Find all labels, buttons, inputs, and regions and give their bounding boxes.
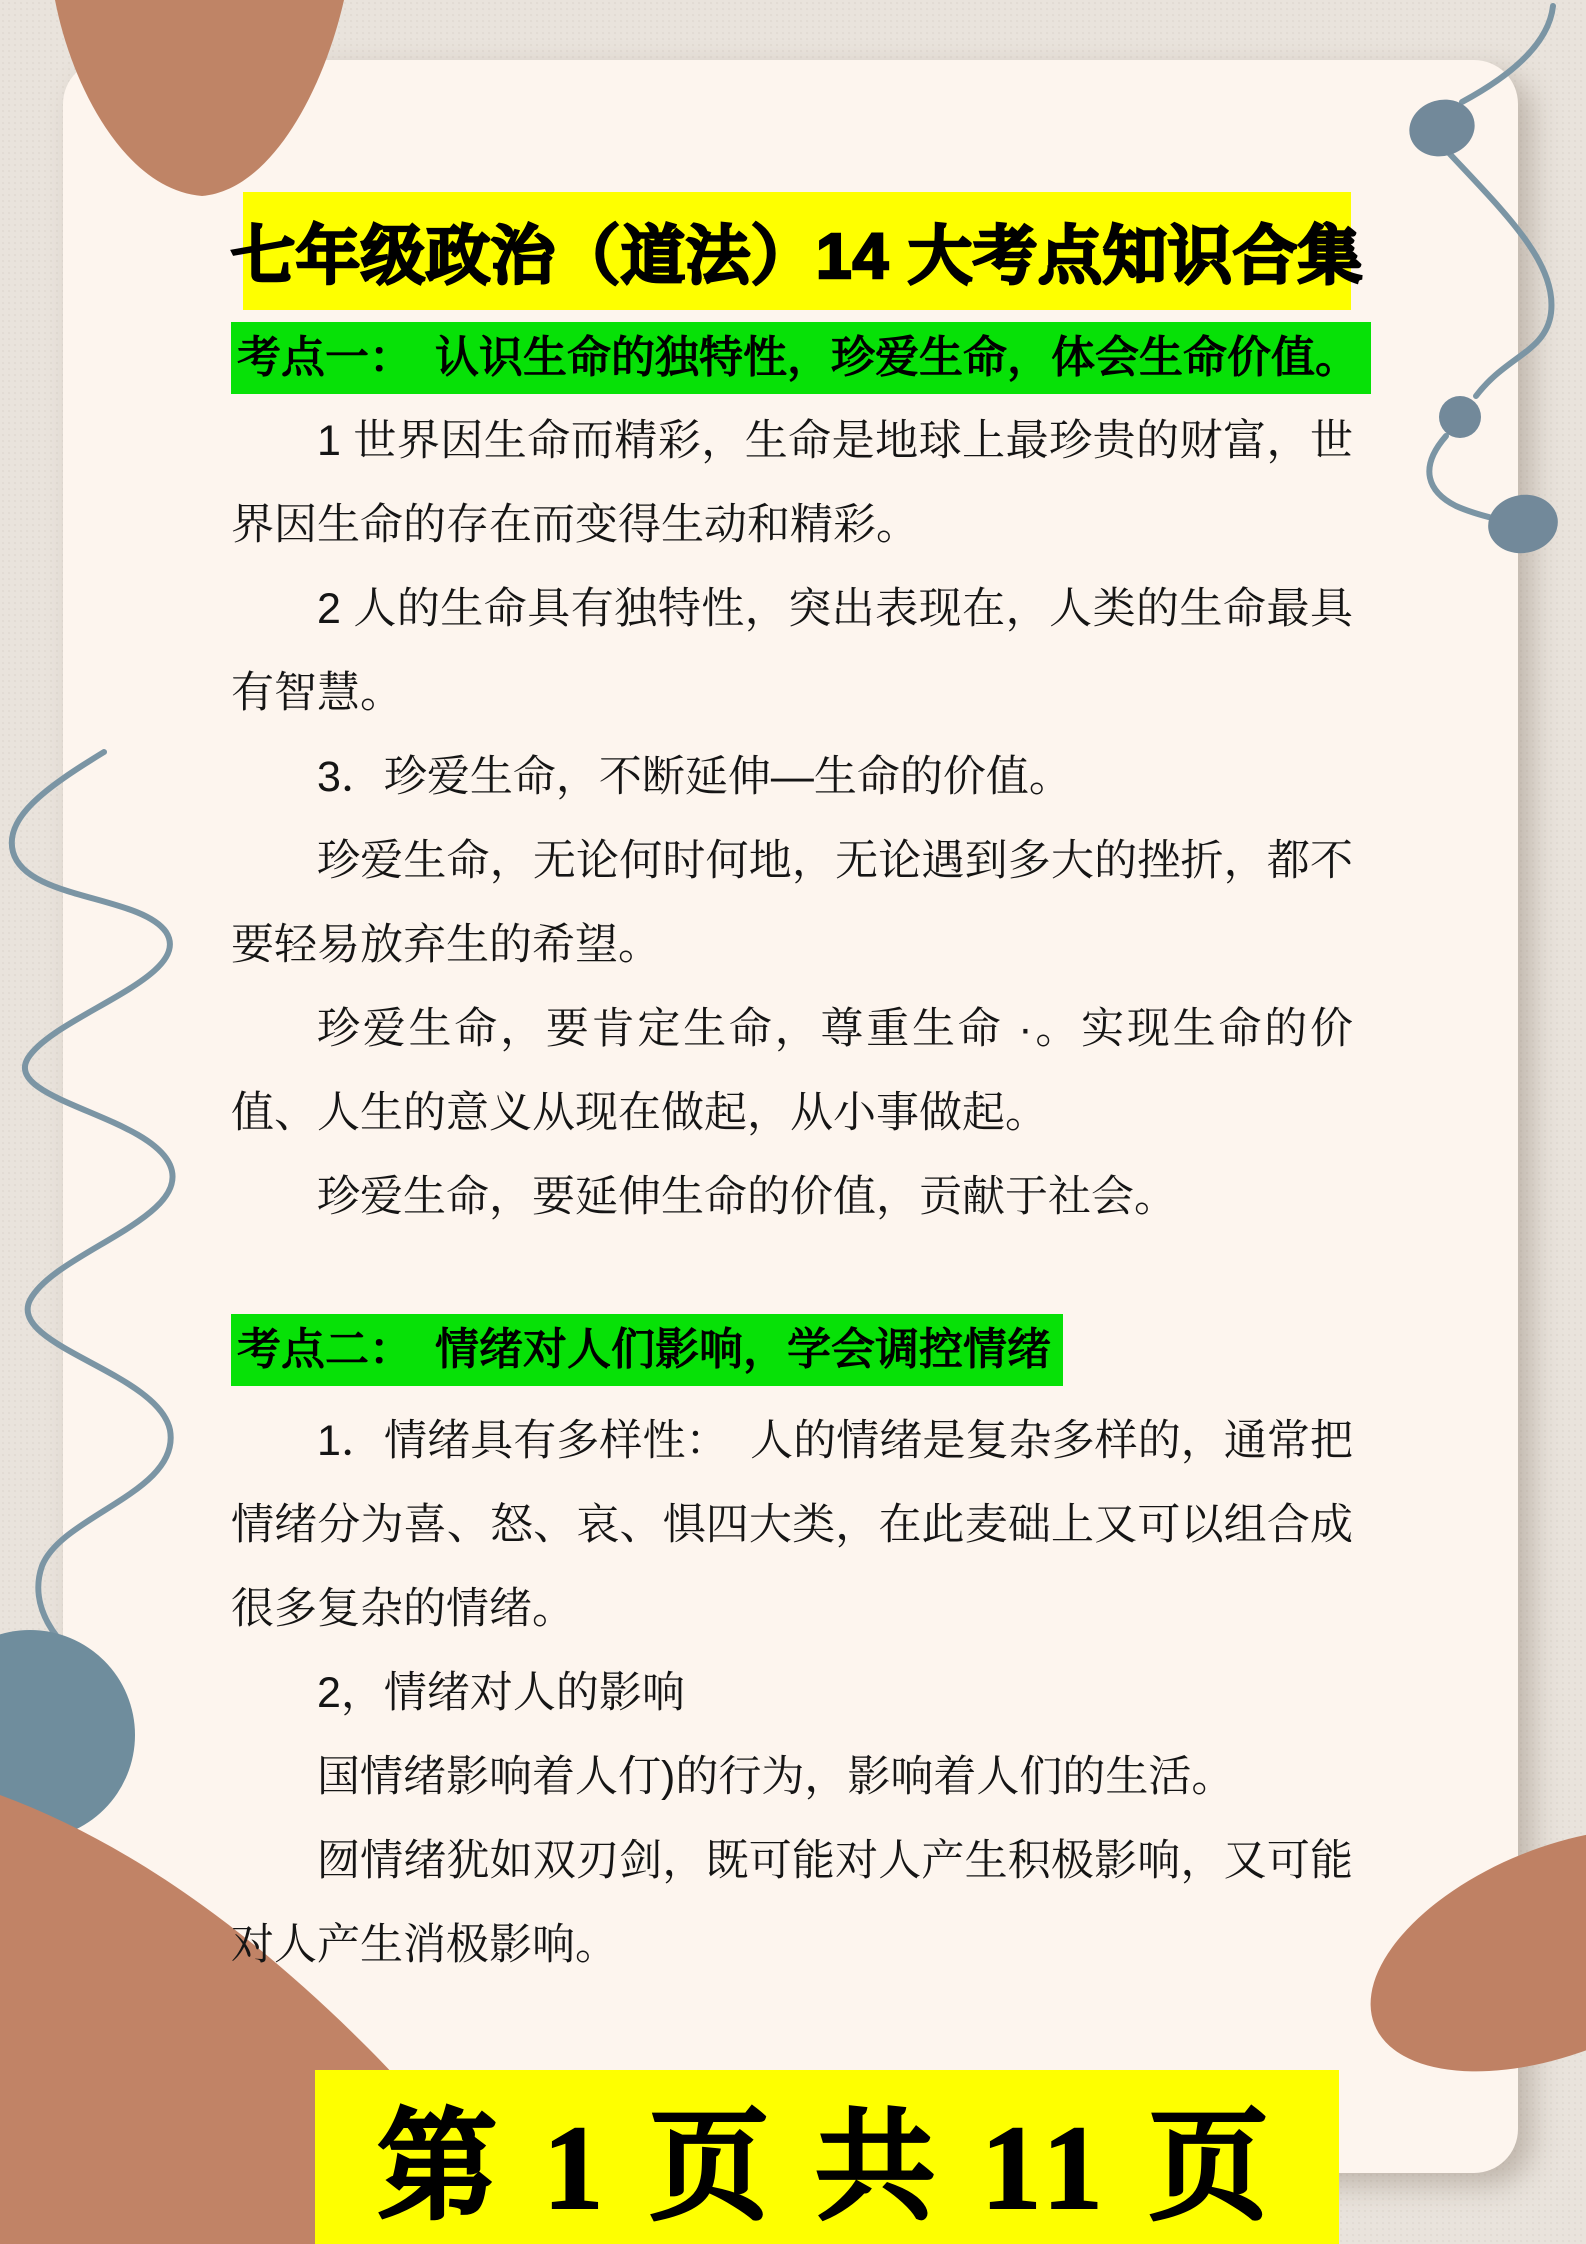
paragraph: 囫情绪犹如双刃剑，既可能对人产生积极影响，又可能对人产生消极影响。 (231, 1819, 1353, 1987)
paragraph: 2 人的生命具有独特性，突出表现在，人类的生命最具有智慧。 (231, 567, 1353, 735)
paragraph: 1 世界因生命而精彩，生命是地球上最珍贵的财富，世界因生命的存在而变得生动和精彩… (231, 399, 1353, 567)
section-1-heading: 考点一： 认识生命的独特性，珍爱生命，体会生命价值。 (231, 322, 1371, 394)
footer-highlight-bar: 第 1 页 共 11 页 (315, 2070, 1339, 2244)
document-content: 考点一： 认识生命的独特性，珍爱生命，体会生命价值。 1 世界因生命而精彩，生命… (231, 322, 1353, 1987)
paragraph: 1．情绪具有多样性： 人的情绪是复杂多样的，通常把情绪分为喜、怒、哀、惧四大类，… (231, 1399, 1353, 1651)
paragraph: 珍爱生命，无论何时何地，无论遇到多大的挫折，都不要轻易放弃生的希望。 (231, 819, 1353, 987)
page-title: 七年级政治（道法）14 大考点知识合集 (231, 205, 1363, 297)
paragraph: 2，情绪对人的影响 (231, 1651, 1353, 1735)
paragraph: 3．珍爱生命，不断延伸—生命的价值。 (231, 735, 1353, 819)
paragraph: 国情绪影响着人仃)的行为，影响着人们的生活。 (231, 1735, 1353, 1819)
page-background: 七年级政治（道法）14 大考点知识合集 考点一： 认识生命的独特性，珍爱生命，体… (0, 0, 1586, 2244)
section-2-heading: 考点二： 情绪对人们影响，学会调控情绪 (231, 1314, 1063, 1386)
paragraph: 珍爱生命，要肯定生命，尊重生命 ·。实现生命的价值、人生的意义从现在做起，从小事… (231, 987, 1353, 1155)
section-1-body: 1 世界因生命而精彩，生命是地球上最珍贵的财富，世界因生命的存在而变得生动和精彩… (231, 399, 1353, 1239)
page-number: 第 1 页 共 11 页 (377, 2071, 1276, 2243)
title-highlight-bar: 七年级政治（道法）14 大考点知识合集 (243, 192, 1351, 310)
section-2-body: 1．情绪具有多样性： 人的情绪是复杂多样的，通常把情绪分为喜、怒、哀、惧四大类，… (231, 1399, 1353, 1987)
paragraph: 珍爱生命，要延伸生命的价值，贡献于社会。 (231, 1155, 1353, 1239)
